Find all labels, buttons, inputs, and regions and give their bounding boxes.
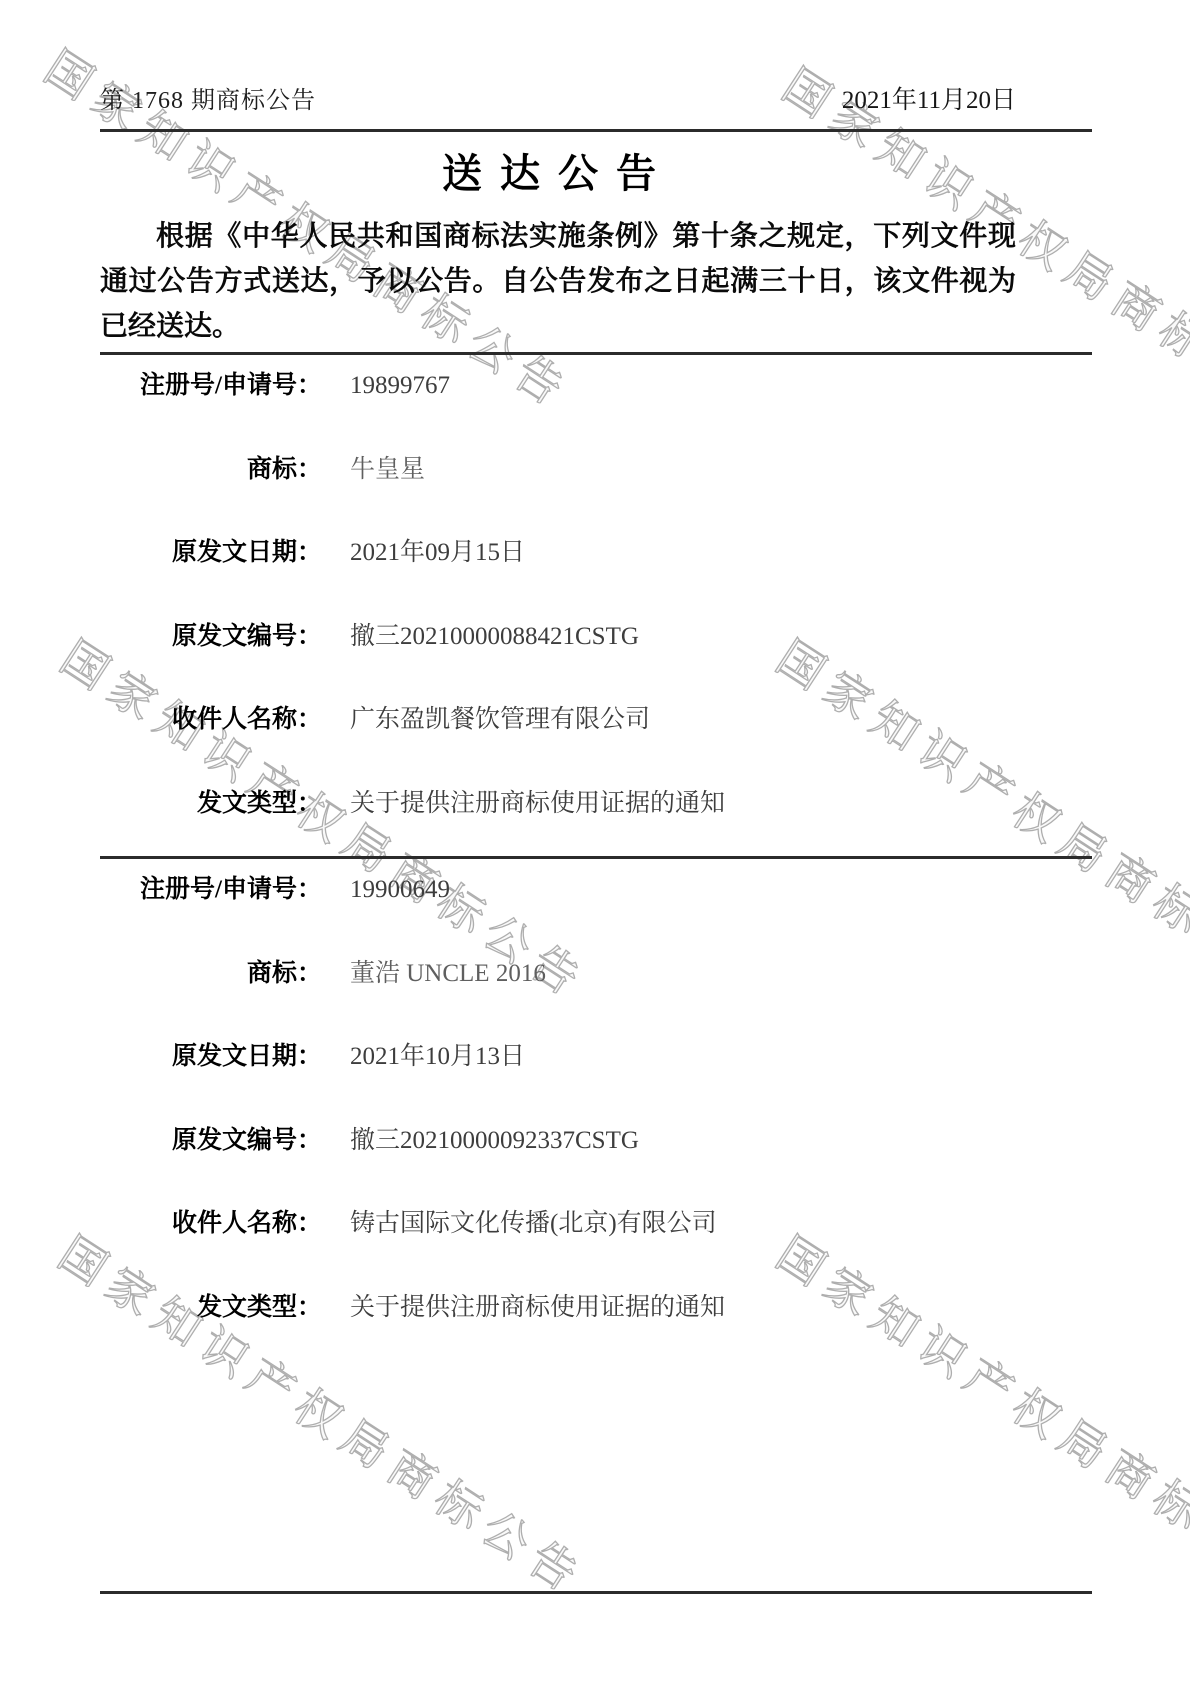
field-row: 收件人名称： 广东盈凯餐饮管理有限公司 xyxy=(100,689,1092,773)
field-value: 董浩 UNCLE 2016 xyxy=(350,959,546,989)
field-value: 广东盈凯餐饮管理有限公司 xyxy=(350,705,650,735)
field-value: 撤三20210000092337CSTG xyxy=(350,1126,639,1156)
page-header: 第 1768 期商标公告 2021年11月20日 xyxy=(100,0,1016,116)
record-2: 注册号/申请号： 19900649 商标： 董浩 UNCLE 2016 原发文日… xyxy=(100,859,1092,1360)
field-row: 发文类型： 关于提供注册商标使用证据的通知 xyxy=(100,773,1092,857)
field-label: 原发文编号： xyxy=(100,622,322,652)
field-row: 收件人名称： 铸古国际文化传播(北京)有限公司 xyxy=(100,1193,1092,1277)
field-label: 发文类型： xyxy=(100,789,322,819)
field-value: 撤三20210000088421CSTG xyxy=(350,622,639,652)
field-value: 19899767 xyxy=(350,371,450,401)
field-label: 收件人名称： xyxy=(100,1209,322,1239)
record-1: 注册号/申请号： 19899767 商标： 牛皇星 原发文日期： 2021年09… xyxy=(100,355,1092,856)
field-row: 商标： 董浩 UNCLE 2016 xyxy=(100,943,1092,1027)
page-title: 送达公告 xyxy=(100,150,1016,198)
field-label: 收件人名称： xyxy=(100,705,322,735)
field-row: 注册号/申请号： 19899767 xyxy=(100,355,1092,439)
intro-paragraph: 根据《中华人民共和国商标法实施条例》第十条之规定，下列文件现通过公告方式送达，予… xyxy=(100,214,1016,349)
field-row: 原发文编号： 撤三20210000092337CSTG xyxy=(100,1110,1092,1194)
gazette-date: 2021年11月20日 xyxy=(842,86,1016,115)
field-value: 铸古国际文化传播(北京)有限公司 xyxy=(350,1209,717,1239)
field-row: 发文类型： 关于提供注册商标使用证据的通知 xyxy=(100,1277,1092,1361)
field-value: 关于提供注册商标使用证据的通知 xyxy=(350,1293,725,1323)
field-label: 商标： xyxy=(100,959,322,989)
field-row: 原发文日期： 2021年10月13日 xyxy=(100,1026,1092,1110)
field-value: 2021年09月15日 xyxy=(350,538,525,568)
field-label: 注册号/申请号： xyxy=(100,371,322,401)
field-value: 2021年10月13日 xyxy=(350,1042,525,1072)
field-value: 19900649 xyxy=(350,875,450,905)
gazette-page: 第 1768 期商标公告 2021年11月20日 送达公告 根据《中华人民共和国… xyxy=(0,0,1190,1594)
gazette-issue: 第 1768 期商标公告 xyxy=(100,87,316,116)
field-value: 牛皇星 xyxy=(350,455,425,485)
field-label: 原发文编号： xyxy=(100,1126,322,1156)
header-divider xyxy=(100,129,1092,132)
field-row: 商标： 牛皇星 xyxy=(100,439,1092,523)
field-label: 原发文日期： xyxy=(100,1042,322,1072)
field-label: 原发文日期： xyxy=(100,538,322,568)
field-label: 商标： xyxy=(100,455,322,485)
field-label: 发文类型： xyxy=(100,1293,322,1323)
field-row: 原发文日期： 2021年09月15日 xyxy=(100,522,1092,606)
field-row: 原发文编号： 撤三20210000088421CSTG xyxy=(100,606,1092,690)
field-row: 注册号/申请号： 19900649 xyxy=(100,859,1092,943)
field-value: 关于提供注册商标使用证据的通知 xyxy=(350,789,725,819)
field-label: 注册号/申请号： xyxy=(100,875,322,905)
bottom-divider xyxy=(100,1591,1092,1594)
